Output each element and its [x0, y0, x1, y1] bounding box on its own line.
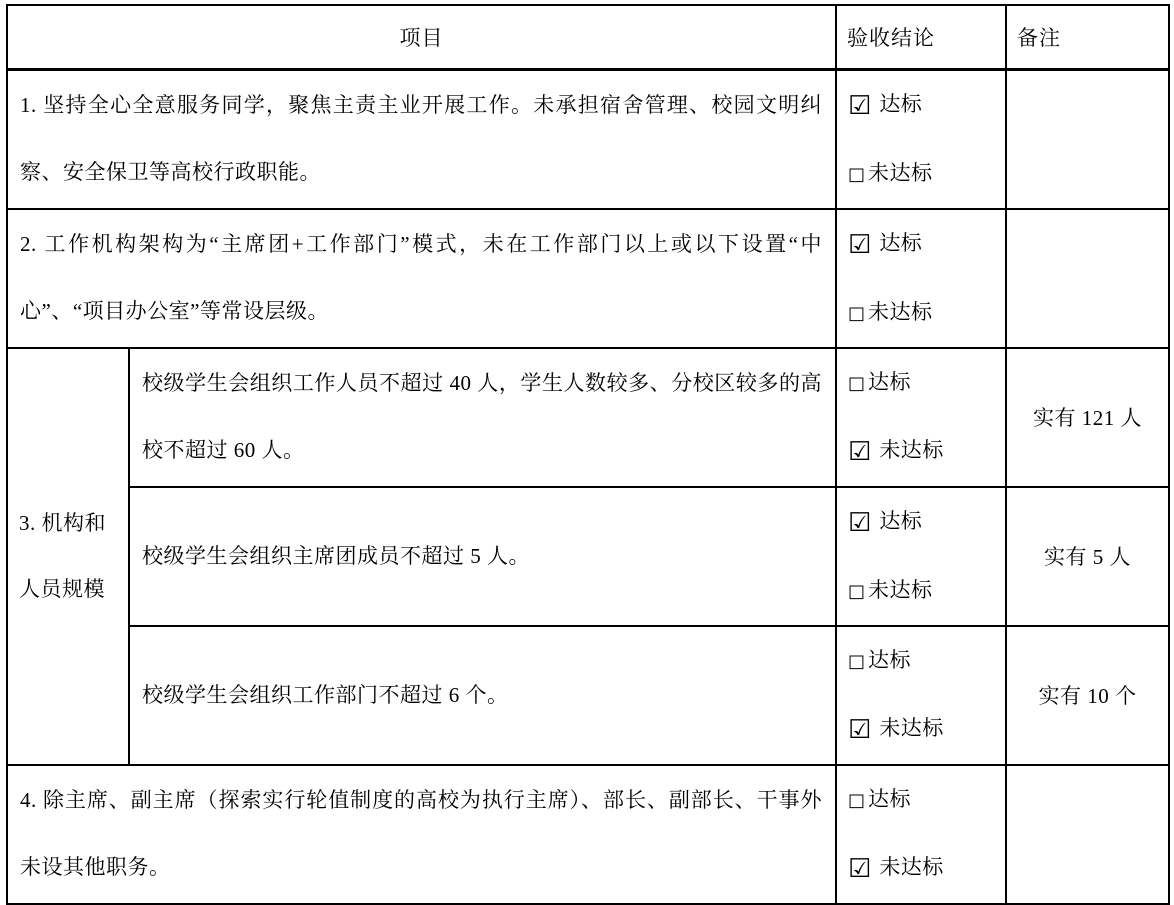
document-page: 项目 验收结论 备注 1. 坚持全心全意服务同学，聚焦主责主业开展工作。未承担宿… — [0, 0, 1174, 858]
checkbox-icon: □ — [848, 373, 865, 394]
header-item: 项目 — [7, 5, 836, 69]
option-label: 达标 — [879, 509, 922, 533]
checkbox-icon: □ — [848, 790, 865, 811]
acceptance-checklist-table: 项目 验收结论 备注 1. 坚持全心全意服务同学，聚焦主责主业开展工作。未承担宿… — [6, 4, 1170, 905]
remark-cell: 实有 10 个 — [1006, 626, 1169, 765]
option-label: 达标 — [879, 92, 922, 116]
option-label: 未达标 — [868, 161, 933, 185]
option-line: □未达标 — [848, 557, 1005, 625]
checkbox-icon: ☑ — [848, 854, 871, 884]
option-label: 未达标 — [879, 438, 944, 462]
checkbox-icon: □ — [848, 303, 865, 324]
remark-cell: 实有 5 人 — [1006, 487, 1169, 626]
checkbox-icon: □ — [848, 164, 865, 185]
checkbox-icon: ☑ — [848, 230, 871, 260]
option-label: 未达标 — [868, 300, 933, 324]
checkbox-icon: □ — [848, 651, 865, 672]
option-label: 未达标 — [868, 578, 933, 602]
option-label: 未达标 — [879, 716, 944, 740]
item-text: 1. 坚持全心全意服务同学，聚焦主责主业开展工作。未承担宿舍管理、校园文明纠察、… — [7, 69, 836, 209]
option-line: ☑达标 — [848, 71, 1005, 140]
conclusion-cell: □达标 ☑未达标 — [836, 348, 1006, 487]
option-label: 达标 — [868, 787, 911, 811]
conclusion-cell: ☑达标 □未达标 — [836, 487, 1006, 626]
option-label: 达标 — [868, 370, 911, 394]
checkbox-icon: ☑ — [848, 715, 871, 745]
option-label: 达标 — [879, 231, 922, 255]
checkbox-icon: ☑ — [848, 91, 871, 121]
remark-cell: 实有 121 人 — [1006, 348, 1169, 487]
group-label: 3. 机构和 人员规模 — [7, 348, 129, 765]
checkbox-icon: ☑ — [848, 437, 871, 467]
header-conclusion: 验收结论 — [836, 5, 1006, 69]
table-row-3c: 校级学生会组织工作部门不超过 6 个。 □达标 ☑未达标 实有 10 个 — [7, 626, 1169, 765]
conclusion-cell: ☑达标 □未达标 — [836, 69, 1006, 209]
table-row-2: 2. 工作机构架构为“主席团+工作部门”模式，未在工作部门以上或以下设置“中心”… — [7, 209, 1169, 348]
conclusion-cell: ☑达标 □未达标 — [836, 209, 1006, 348]
option-line: ☑未达标 — [848, 417, 1005, 486]
checkbox-icon: □ — [848, 581, 865, 602]
option-line: □达标 — [848, 766, 1005, 834]
table-row-3b: 校级学生会组织主席团成员不超过 5 人。 ☑达标 □未达标 实有 5 人 — [7, 487, 1169, 626]
option-line: □达标 — [848, 349, 1005, 417]
option-line: ☑达标 — [848, 488, 1005, 557]
table-row-1: 1. 坚持全心全意服务同学，聚焦主责主业开展工作。未承担宿舍管理、校园文明纠察、… — [7, 69, 1169, 209]
option-label: 未达标 — [879, 855, 944, 879]
option-label: 达标 — [868, 648, 911, 672]
table-row-4: 4. 除主席、副主席（探索实行轮值制度的高校为执行主席）、部长、副部长、干事外未… — [7, 765, 1169, 904]
checkbox-icon: ☑ — [848, 508, 871, 538]
item-text: 校级学生会组织工作部门不超过 6 个。 — [129, 626, 836, 765]
conclusion-cell: □达标 ☑未达标 — [836, 626, 1006, 765]
option-line: □达标 — [848, 627, 1005, 695]
remark-cell — [1006, 69, 1169, 209]
remark-cell — [1006, 765, 1169, 904]
item-text: 校级学生会组织工作人员不超过 40 人，学生人数较多、分校区较多的高校不超过 6… — [129, 348, 836, 487]
option-line: □未达标 — [848, 279, 1005, 347]
item-text: 2. 工作机构架构为“主席团+工作部门”模式，未在工作部门以上或以下设置“中心”… — [7, 209, 836, 348]
option-line: ☑未达标 — [848, 695, 1005, 764]
header-remark: 备注 — [1006, 5, 1169, 69]
item-text: 校级学生会组织主席团成员不超过 5 人。 — [129, 487, 836, 626]
conclusion-cell: □达标 ☑未达标 — [836, 765, 1006, 904]
table-row-3a: 3. 机构和 人员规模 校级学生会组织工作人员不超过 40 人，学生人数较多、分… — [7, 348, 1169, 487]
remark-cell — [1006, 209, 1169, 348]
header-row: 项目 验收结论 备注 — [7, 5, 1169, 69]
item-text: 4. 除主席、副主席（探索实行轮值制度的高校为执行主席）、部长、副部长、干事外未… — [7, 765, 836, 904]
option-line: ☑未达标 — [848, 834, 1005, 903]
option-line: ☑达标 — [848, 210, 1005, 279]
option-line: □未达标 — [848, 140, 1005, 208]
